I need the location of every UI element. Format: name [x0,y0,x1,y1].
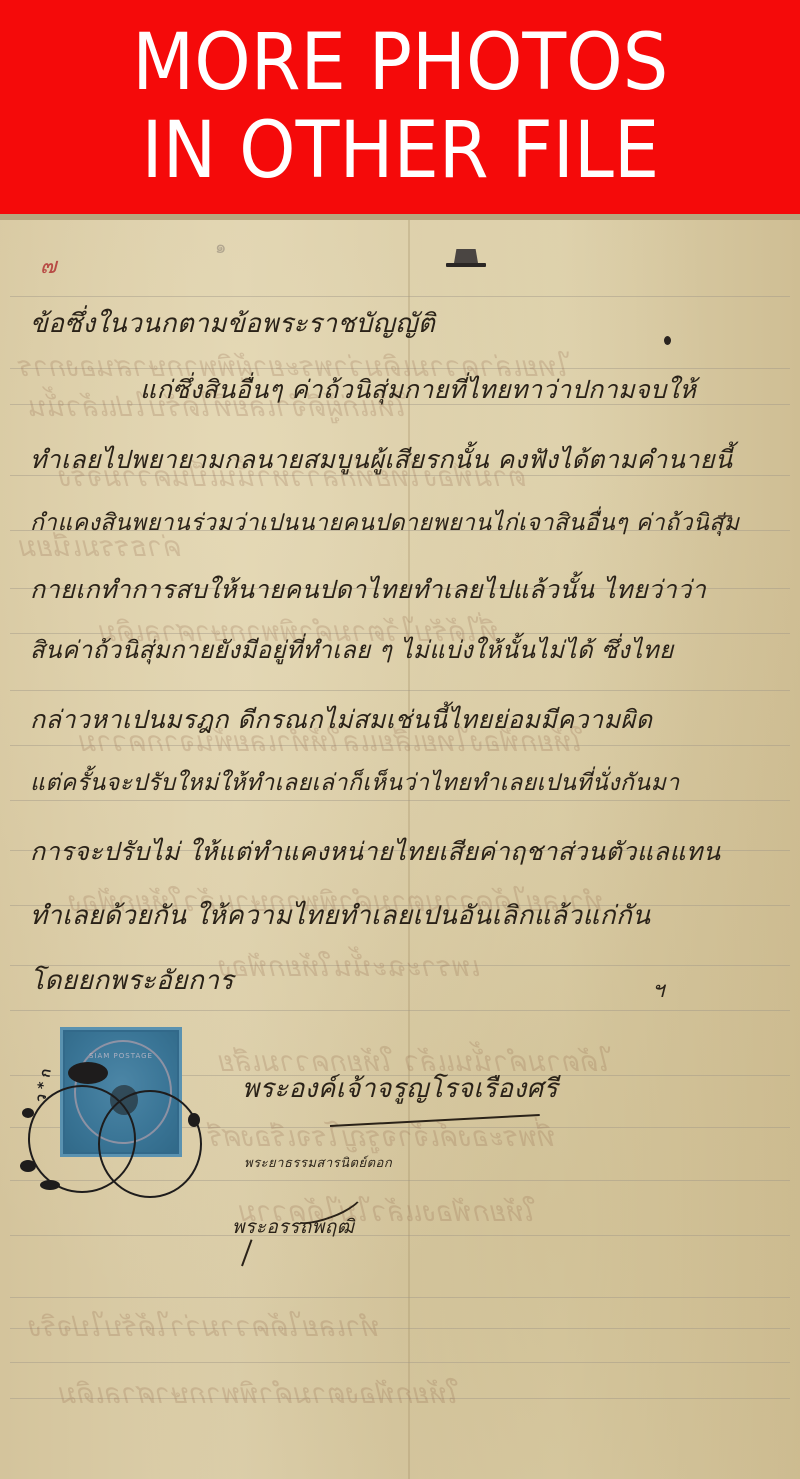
bleed-through-text: ให้ยกฟ้องตามคำพิพากษาศาลเดิม [60,1372,463,1416]
manuscript-line-9: การจะปรับไม่ ให้แต่ทำแคงหน่ายไทยเสียค่าฤ… [30,832,721,872]
page-number: ๗ [40,248,57,283]
margin-note: ฯ [652,972,665,1007]
ruled-line [10,1362,790,1363]
manuscript-line-3: ทำเลยไปพยายามกลนายสมบูนผู้เสียรกนั้น คงฟ… [30,440,733,480]
ink-blot [188,1113,200,1127]
signature-secondary: พระอรรถพฤฒิ [232,1212,354,1242]
ink-blot [22,1108,34,1118]
notice-banner: MORE PHOTOS IN OTHER FILE [0,0,800,214]
manuscript-line-10: ทำเลยด้วยกัน ให้ความไทยทำเลยเปนอันเลิกแล… [30,895,651,936]
ink-blot [110,1085,138,1115]
ink-blot [40,1180,60,1190]
manuscript-line-5: กายเกทำการสบให้นายคนปดาไทยทำเลยไปแล้วนั้… [30,570,706,610]
manuscript-line-4: กำแคงสินพยานร่วมว่าเปนนายคนปดายพยานไก่เจ… [30,505,739,541]
manuscript-line-2: แก่ซึ่งสินอื่นๆ ค่าถ้วนิสุ่มกายที่ไทยทาว… [140,370,696,410]
manuscript-line-6: สินค่าถ้วนิสุ่มกายยังมีอยู่ที่ทำเลย ๆ ไม… [30,630,674,669]
signature-title-line: พระยาธรรมสารนิตย์ตอก [244,1152,392,1173]
manuscript-line-8: แต่ครั้นจะปรับใหม่ให้ทำเลยเล่าก็เห็นว่าไ… [30,765,680,801]
banner-line-2: IN OTHER FILE [141,107,659,195]
ruled-line [10,1297,790,1298]
manuscript-line-7: กล่าวหาเปนมรฎก ดีกรณกไม่สมเช่นนี้ไทยย่อม… [30,700,652,740]
paper-tear [454,249,478,263]
ruled-line [10,1010,790,1011]
stamp-label: SIAM POSTAGE [78,1052,164,1060]
manuscript-line-1: ข้อซึ่งในวนกตามข้อพระราชบัญญัติ [30,303,435,344]
ruled-line [10,690,790,691]
signature-primary: พระองค์เจ้าจรูญโรจเรืองศรี [242,1068,558,1109]
ruled-line [10,1235,790,1236]
manuscript-line-11: โดยยกพระอัยการ [30,960,234,1001]
paper-tear-base [446,263,486,267]
ink-blot [68,1062,108,1084]
ruled-line [10,296,790,297]
bleed-through-text: เพราะฉะนั้นให้ยกฟ้อง [220,945,482,989]
pencil-mark: ๑ [215,232,226,261]
ink-blot [20,1160,36,1172]
bleed-through-text: ทำเลยได้ความว่าได้รับไปจริง [30,1305,382,1349]
paper-hole [664,336,671,345]
banner-line-1: MORE PHOTOS [132,19,668,107]
